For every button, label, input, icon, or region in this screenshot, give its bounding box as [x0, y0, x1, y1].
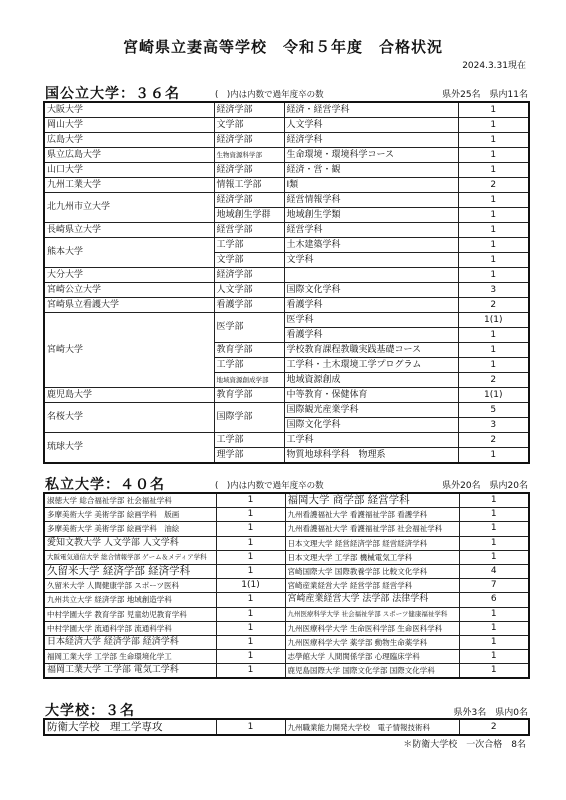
table-row: 日本経済大学 経済学部 経済学科1九州医療科学大学 薬学部 動物生命薬学科1 [44, 635, 529, 649]
department-name: 国際文化学科 [284, 418, 458, 433]
table-row: 長崎県立大学経営学部経営学科1 [44, 223, 529, 238]
table-row: 中村学園大学 教育学部 児童幼児教育学科1九州医療科学大学 社会福祉学部 スポー… [44, 607, 529, 621]
university-program: 多摩美術大学 美術学部 絵画学科 版画 [44, 508, 216, 522]
page-title: 宮崎県立妻高等学校 令和５年度 合格状況 [0, 36, 566, 57]
pass-count: 1 [216, 621, 285, 635]
faculty-name: 文学部 [214, 118, 284, 133]
university-program: 中村学園大学 流通科学部 流通科学科 [44, 621, 216, 635]
pass-count: 1 [216, 593, 285, 607]
university-program: 鹿児島国際大学 国際文化学部 国際文化学科 [285, 664, 459, 679]
college-name: 九州職業能力開発大学校 電子情報技術科 [285, 719, 459, 735]
university-name: 岡山大学 [44, 118, 214, 133]
department-name: 物質地球科学科 物理系 [284, 448, 458, 464]
pass-count: 3 [458, 418, 529, 433]
pass-count: 1 [459, 664, 529, 679]
department-name: 看護学科 [284, 298, 458, 313]
table-row: 宮崎公立大学人文学部国際文化学科3 [44, 283, 529, 298]
pass-count: 1 [216, 650, 285, 664]
university-name: 大分大学 [44, 268, 214, 283]
university-name: 宮崎県立看護大学 [44, 298, 214, 313]
table-row: 名桜大学国際学部国際観光産業学科5 [44, 403, 529, 418]
pass-count: 4 [459, 564, 529, 578]
table-row: 大阪電気通信大学 総合情報学部 ゲーム＆メディア学科1日本文理大学 工学部 機械… [44, 550, 529, 564]
department-name: 経営情報学科 [284, 193, 458, 208]
department-name: 経済・経営学科 [284, 102, 458, 118]
pass-count: 1 [458, 148, 529, 163]
pass-count: 1 [216, 493, 285, 508]
university-program: 九州医療科学大学 薬学部 動物生命薬学科 [285, 635, 459, 649]
pass-count: 1 [459, 635, 529, 649]
table-row: 九州工業大学情報工学部Ⅰ類2 [44, 178, 529, 193]
table-row: 山口大学経済学部経済・営・観1 [44, 163, 529, 178]
faculty-name: 経済学部 [214, 163, 284, 178]
university-program: 日本文理大学 工学部 機械電気工学科 [285, 550, 459, 564]
national-heading: 国公立大学：３６名 [45, 83, 180, 103]
department-name: 工学科・土木環境工学プログラム [284, 358, 458, 373]
university-name: 九州工業大学 [44, 178, 214, 193]
table-row: 北九州市立大学経済学部経営情報学科1 [44, 193, 529, 208]
pass-count: 6 [459, 593, 529, 607]
pass-count: 1 [216, 635, 285, 649]
pass-count: 1 [459, 522, 529, 536]
university-program: 九州共立大学 経済学部 地域創造学科 [44, 593, 216, 607]
faculty-name: 工学部 [214, 238, 284, 253]
table-row: 福岡工業大学 工学部 電気工学科1鹿児島国際大学 国際文化学部 国際文化学科1 [44, 664, 529, 679]
table-row: 大分大学経済学部1 [44, 268, 529, 283]
faculty-name: 生物資源科学部 [214, 148, 284, 163]
department-name: 看護学科 [284, 328, 458, 343]
university-name: 広島大学 [44, 133, 214, 148]
faculty-name: 文学部 [214, 253, 284, 268]
colleges-heading: 大学校：３名 [45, 700, 135, 720]
pass-count: 1 [458, 208, 529, 223]
university-program: 多摩美術大学 美術学部 絵画学科 油絵 [44, 522, 216, 536]
faculty-name: 工学部 [214, 433, 284, 448]
university-name: 大阪大学 [44, 102, 214, 118]
table-row: 熊本大学工学部土木建築学科1 [44, 238, 529, 253]
department-name: 学校教育課程教職実践基礎コース [284, 343, 458, 358]
pass-count: 5 [458, 403, 529, 418]
pass-count: 1 [458, 193, 529, 208]
table-row: 多摩美術大学 美術学部 絵画学科 油絵1九州看護福祉大学 看護福祉学部 社会福祉… [44, 522, 529, 536]
department-name: Ⅰ類 [284, 178, 458, 193]
department-name: 中等教育・保健体育 [284, 388, 458, 403]
university-name: 鹿児島大学 [44, 388, 214, 403]
pass-count: 1 [216, 664, 285, 679]
university-program: 志學館大学 人間関係学部 心理臨床学科 [285, 650, 459, 664]
university-name: 名桜大学 [44, 403, 214, 433]
table-row: 防衛大学校 理工学専攻 1 九州職業能力開発大学校 電子情報技術科 2 [44, 719, 529, 735]
pass-count: 1 [459, 536, 529, 550]
pass-count: 1 [458, 358, 529, 373]
faculty-name: 理学部 [214, 448, 284, 464]
pass-count: 1 [458, 328, 529, 343]
university-program: 日本経済大学 経済学部 経済学科 [44, 635, 216, 649]
private-heading: 私立大学：４０名 [45, 474, 165, 494]
college-count: 2 [459, 719, 529, 735]
pass-count: 2 [458, 373, 529, 388]
department-name: 経営学科 [284, 223, 458, 238]
faculty-name: 看護学部 [214, 298, 284, 313]
university-program: 福岡工業大学 工学部 生命環境化学工 [44, 650, 216, 664]
table-row: 宮崎大学医学部医学科1(1) [44, 313, 529, 328]
table-row: 福岡工業大学 工学部 生命環境化学工1志學館大学 人間関係学部 心理臨床学科1 [44, 650, 529, 664]
university-program: 九州医療科学大学 生命医科学部 生命医科学科 [285, 621, 459, 635]
pass-count: 1 [459, 508, 529, 522]
pass-count: 1 [459, 493, 529, 508]
pass-count: 2 [458, 178, 529, 193]
pass-count: 1(1) [216, 579, 285, 593]
faculty-name: 教育学部 [214, 388, 284, 403]
table-row: 淑徳大学 総合福祉学部 社会福祉学科1福岡大学 商学部 経営学科1 [44, 493, 529, 508]
university-program: 愛知文教大学 人文学部 人文学科 [44, 536, 216, 550]
table-row: 琉球大学工学部工学科2 [44, 433, 529, 448]
department-name: 医学科 [284, 313, 458, 328]
national-note: ( )内は内数で過年度卒の数 [215, 88, 324, 100]
table-row: 久留米大学 人間健康学部 スポーツ医科1(1)宮崎産業経営大学 経営学部 経営学… [44, 579, 529, 593]
faculty-name: 人文学部 [214, 283, 284, 298]
pass-count: 1(1) [458, 388, 529, 403]
faculty-name: 地域創生学群 [214, 208, 284, 223]
department-name: 国際観光産業学科 [284, 403, 458, 418]
university-program: 中村学園大学 教育学部 児童幼児教育学科 [44, 607, 216, 621]
department-name: 経済・営・観 [284, 163, 458, 178]
faculty-name: 医学部 [214, 313, 284, 343]
faculty-name: 国際学部 [214, 403, 284, 433]
private-note: ( )内は内数で過年度卒の数 [215, 479, 324, 491]
university-program: 淑徳大学 総合福祉学部 社会福祉学科 [44, 493, 216, 508]
college-name: 防衛大学校 理工学専攻 [44, 719, 216, 735]
university-program: 日本文理大学 経営経済学部 経営経済学科 [285, 536, 459, 550]
department-name [284, 268, 458, 283]
university-name: 琉球大学 [44, 433, 214, 464]
pass-count: 1 [458, 118, 529, 133]
table-row: 愛知文教大学 人文学部 人文学科1日本文理大学 経営経済学部 経営経済学科1 [44, 536, 529, 550]
pass-count: 1 [216, 508, 285, 522]
colleges-counts: 県外3名 県内0名 [454, 705, 528, 718]
university-program: 九州看護福祉大学 看護福祉学部 看護学科 [285, 508, 459, 522]
table-row: 宮崎県立看護大学看護学部看護学科2 [44, 298, 529, 313]
pass-count: 1 [458, 223, 529, 238]
pass-count: 7 [459, 579, 529, 593]
pass-count: 1 [216, 550, 285, 564]
pass-count: 1 [216, 564, 285, 578]
pass-count: 1 [458, 133, 529, 148]
university-program: 宮崎産業経営大学 経営学部 経営学科 [285, 579, 459, 593]
as-of-date: 2024.3.31現在 [462, 58, 526, 71]
university-name: 長崎県立大学 [44, 223, 214, 238]
university-program: 九州看護福祉大学 看護福祉学部 社会福祉学科 [285, 522, 459, 536]
university-program: 福岡大学 商学部 経営学科 [285, 493, 459, 508]
table-row: 大阪大学経済学部経済・経営学科1 [44, 102, 529, 118]
table-row: 中村学園大学 流通科学部 流通科学科1九州医療科学大学 生命医科学部 生命医科学… [44, 621, 529, 635]
university-name: 山口大学 [44, 163, 214, 178]
university-program: 大阪電気通信大学 総合情報学部 ゲーム＆メディア学科 [44, 550, 216, 564]
department-name: 土木建築学科 [284, 238, 458, 253]
private-table: 淑徳大学 総合福祉学部 社会福祉学科1福岡大学 商学部 経営学科1多摩美術大学 … [43, 492, 530, 679]
pass-count: 1 [458, 343, 529, 358]
private-counts: 県外20名 県内20名 [442, 478, 528, 491]
department-name: 文学科 [284, 253, 458, 268]
department-name: 生命環境・環境科学コース [284, 148, 458, 163]
university-program: 宮崎産業経営大学 法学部 法律学科 [285, 593, 459, 607]
university-program: 久留米大学 人間健康学部 スポーツ医科 [44, 579, 216, 593]
university-name: 宮崎大学 [44, 313, 214, 388]
pass-count: 1 [458, 268, 529, 283]
table-row: 岡山大学文学部人文学科1 [44, 118, 529, 133]
pass-count: 1 [458, 253, 529, 268]
pass-count: 1 [458, 163, 529, 178]
table-row: 久留米大学 経済学部 経済学科1宮崎国際大学 国際教養学部 比較文化学科4 [44, 564, 529, 578]
department-name: 国際文化学科 [284, 283, 458, 298]
pass-count: 1 [458, 102, 529, 118]
department-name: 人文学科 [284, 118, 458, 133]
department-name: 地域創生学類 [284, 208, 458, 223]
table-row: 多摩美術大学 美術学部 絵画学科 版画1九州看護福祉大学 看護福祉学部 看護学科… [44, 508, 529, 522]
faculty-name: 地域資源創成学部 [214, 373, 284, 388]
table-row: 九州共立大学 経済学部 地域創造学科1宮崎産業経営大学 法学部 法律学科6 [44, 593, 529, 607]
pass-count: 1(1) [458, 313, 529, 328]
university-program: 宮崎国際大学 国際教養学部 比較文化学科 [285, 564, 459, 578]
department-name: 地域資源創成 [284, 373, 458, 388]
pass-count: 1 [459, 650, 529, 664]
table-row: 鹿児島大学教育学部中等教育・保健体育1(1) [44, 388, 529, 403]
pass-count: 3 [458, 283, 529, 298]
faculty-name: 教育学部 [214, 343, 284, 358]
national-table: 大阪大学経済学部経済・経営学科1岡山大学文学部人文学科1広島大学経済学部経済学科… [43, 101, 530, 464]
university-program: 久留米大学 経済学部 経済学科 [44, 564, 216, 578]
colleges-table: 防衛大学校 理工学専攻 1 九州職業能力開発大学校 電子情報技術科 2 [43, 718, 530, 736]
pass-count: 1 [459, 607, 529, 621]
university-name: 県立広島大学 [44, 148, 214, 163]
college-count: 1 [216, 719, 285, 735]
pass-count: 2 [458, 433, 529, 448]
pass-count: 1 [459, 550, 529, 564]
university-name: 熊本大学 [44, 238, 214, 268]
pass-count: 1 [458, 238, 529, 253]
faculty-name: 経済学部 [214, 268, 284, 283]
faculty-name: 経済学部 [214, 102, 284, 118]
pass-count: 1 [459, 621, 529, 635]
pass-count: 1 [216, 522, 285, 536]
university-program: 福岡工業大学 工学部 電気工学科 [44, 664, 216, 679]
national-counts: 県外25名 県内11名 [442, 87, 528, 100]
university-name: 北九州市立大学 [44, 193, 214, 223]
department-name: 経済学科 [284, 133, 458, 148]
pass-count: 1 [216, 536, 285, 550]
faculty-name: 経済学部 [214, 193, 284, 208]
table-row: 広島大学経済学部経済学科1 [44, 133, 529, 148]
footnote: ＊防衛大学校 一次合格 8名 [403, 737, 526, 750]
table-row: 県立広島大学生物資源科学部生命環境・環境科学コース1 [44, 148, 529, 163]
faculty-name: 経営学部 [214, 223, 284, 238]
pass-count: 2 [458, 298, 529, 313]
pass-count: 1 [216, 607, 285, 621]
faculty-name: 経済学部 [214, 133, 284, 148]
faculty-name: 工学部 [214, 358, 284, 373]
faculty-name: 情報工学部 [214, 178, 284, 193]
pass-count: 1 [458, 448, 529, 464]
university-name: 宮崎公立大学 [44, 283, 214, 298]
department-name: 工学科 [284, 433, 458, 448]
university-program: 九州医療科学大学 社会福祉学部 スポーツ健康福祉学科 [285, 607, 459, 621]
